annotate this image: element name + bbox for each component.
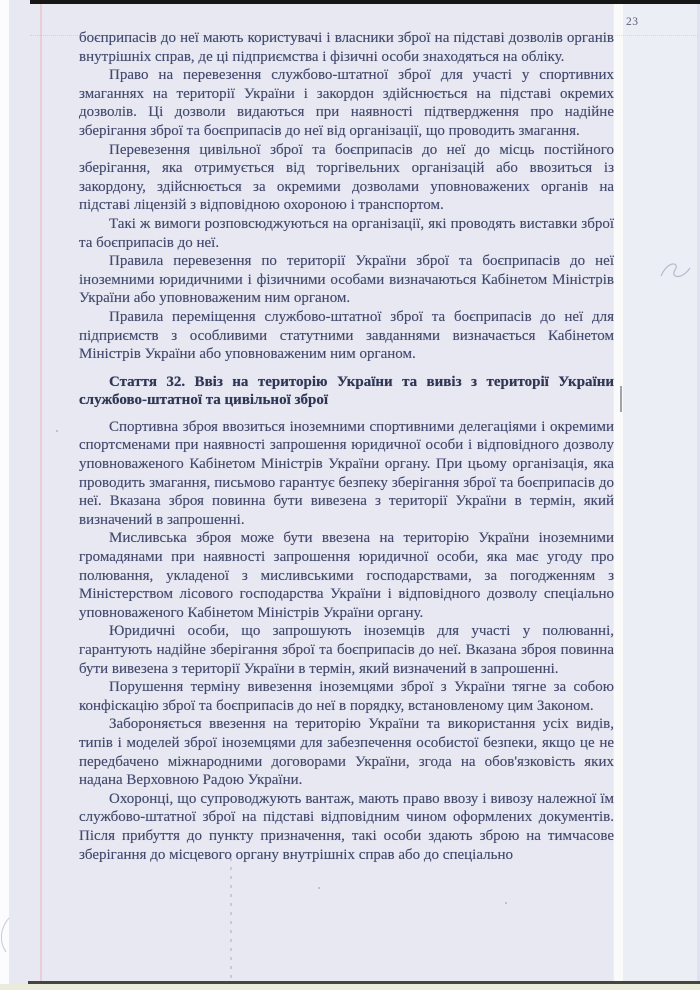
pencil-squiggle-mark (658, 256, 694, 284)
paragraph: Спортивна зброя ввозиться іноземними спо… (79, 418, 614, 530)
scan-edge-tick-mark (620, 386, 622, 412)
scan-left-margin-strip (0, 0, 9, 990)
scan-corner-curve-mark (0, 916, 11, 954)
paragraph-continuation: боєприпасів до неї мають користувачі і в… (79, 29, 614, 66)
paragraph: Забороняється ввезення на територію Укра… (79, 715, 614, 789)
scan-pink-line-artifact (40, 4, 42, 986)
scan-speck (505, 902, 507, 904)
document-body: боєприпасів до неї мають користувачі і в… (79, 29, 614, 864)
paragraph: Такі ж вимоги розповсюджуються на органі… (79, 215, 614, 252)
scan-smudge-column (230, 858, 232, 978)
paragraph: Юридичні особи, що запрошують іноземців … (79, 622, 614, 678)
paragraph: Правила перевезення по території України… (79, 252, 614, 308)
paragraph: Мисливська зброя може бути ввезена на те… (79, 529, 614, 622)
scan-top-black-bar (30, 0, 700, 4)
page-number: 23 (626, 16, 639, 28)
paragraph: Право на перевезення службово-штатної зб… (79, 66, 614, 140)
scan-speck (56, 430, 58, 432)
paragraph: Охоронці, що супроводжують вантаж, мають… (79, 790, 614, 864)
article-32-heading: Стаття 32. Ввіз на територію України та … (79, 373, 614, 410)
scan-page-edge-strip (613, 4, 624, 984)
paragraph: Правила переміщення службово-штатної збр… (79, 308, 614, 364)
paragraph: Перевезення цивільної зброї та боєприпас… (79, 141, 614, 215)
scan-right-margin-area (623, 4, 700, 984)
scan-bottom-band (0, 984, 700, 990)
scan-speck (318, 887, 320, 889)
scanned-document-page: 23 боєприпасів до неї мають користувачі … (0, 0, 700, 990)
paragraph: Порушення терміну вивезення іноземцями з… (79, 678, 614, 715)
